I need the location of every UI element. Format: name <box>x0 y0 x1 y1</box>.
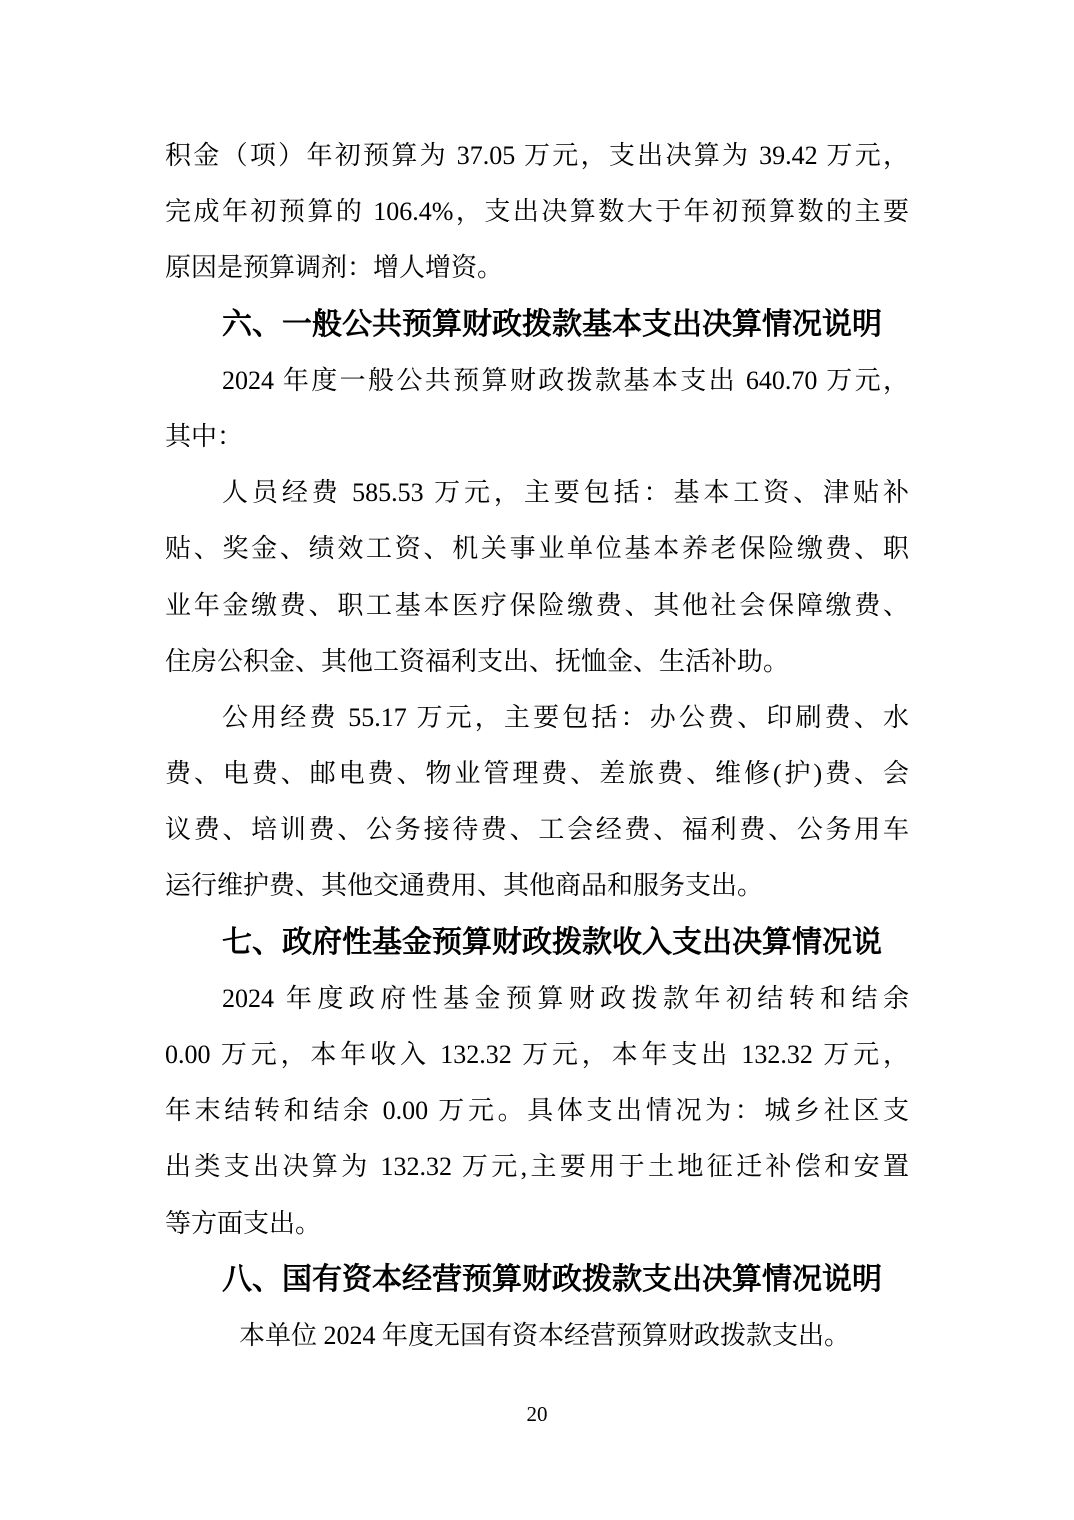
text-line: 原因是预算调剂：增人增资。 <box>165 240 909 296</box>
text-line: 公用经费 55.17 万元，主要包括：办公费、印刷费、水 <box>165 690 909 746</box>
page-number: 20 <box>0 1401 1074 1427</box>
document-page: 积金（项）年初预算为 37.05 万元，支出决算为 39.42 万元，完成年初预… <box>0 0 1074 1520</box>
text-line: 费、电费、邮电费、物业管理费、差旅费、维修(护)费、会 <box>165 746 909 802</box>
text-line: 七、政府性基金预算财政拨款收入支出决算情况说明 <box>165 915 909 971</box>
document-body: 积金（项）年初预算为 37.05 万元，支出决算为 39.42 万元，完成年初预… <box>165 128 909 1364</box>
text-line: 人员经费 585.53 万元，主要包括：基本工资、津贴补 <box>165 465 909 521</box>
paragraph: 2024 年度一般公共预算财政拨款基本支出 640.70 万元，其中： <box>165 353 909 465</box>
text-line: 积金（项）年初预算为 37.05 万元，支出决算为 39.42 万元， <box>165 128 909 184</box>
text-line: 年末结转和结余 0.00 万元。具体支出情况为：城乡社区支 <box>165 1083 909 1139</box>
section-heading: 六、一般公共预算财政拨款基本支出决算情况说明 <box>165 297 909 353</box>
text-line: 其中： <box>165 409 909 465</box>
paragraph: 2024 年度政府性基金预算财政拨款年初结转和结余0.00 万元，本年收入 13… <box>165 971 909 1252</box>
text-line: 等方面支出。 <box>165 1196 909 1252</box>
text-line: 0.00 万元，本年收入 132.32 万元，本年支出 132.32 万元， <box>165 1027 909 1083</box>
text-line: 2024 年度一般公共预算财政拨款基本支出 640.70 万元， <box>165 353 909 409</box>
paragraph: 公用经费 55.17 万元，主要包括：办公费、印刷费、水费、电费、邮电费、物业管… <box>165 690 909 915</box>
text-line: 八、国有资本经营预算财政拨款支出决算情况说明 <box>165 1252 909 1308</box>
text-line: 本单位 2024 年度无国有资本经营预算财政拨款支出。 <box>165 1308 909 1364</box>
text-line: 贴、奖金、绩效工资、机关事业单位基本养老保险缴费、职 <box>165 521 909 577</box>
text-line: 2024 年度政府性基金预算财政拨款年初结转和结余 <box>165 971 909 1027</box>
paragraph: 人员经费 585.53 万元，主要包括：基本工资、津贴补贴、奖金、绩效工资、机关… <box>165 465 909 690</box>
paragraph: 积金（项）年初预算为 37.05 万元，支出决算为 39.42 万元，完成年初预… <box>165 128 909 297</box>
text-line: 住房公积金、其他工资福利支出、抚恤金、生活补助。 <box>165 634 909 690</box>
section-heading: 八、国有资本经营预算财政拨款支出决算情况说明 <box>165 1252 909 1308</box>
paragraph: 本单位 2024 年度无国有资本经营预算财政拨款支出。 <box>165 1308 909 1364</box>
text-line: 出类支出决算为 132.32 万元,主要用于土地征迁补偿和安置 <box>165 1139 909 1195</box>
text-line: 业年金缴费、职工基本医疗保险缴费、其他社会保障缴费、 <box>165 578 909 634</box>
section-heading: 七、政府性基金预算财政拨款收入支出决算情况说明 <box>165 915 909 971</box>
text-line: 六、一般公共预算财政拨款基本支出决算情况说明 <box>165 297 909 353</box>
text-line: 议费、培训费、公务接待费、工会经费、福利费、公务用车 <box>165 802 909 858</box>
text-line: 完成年初预算的 106.4%，支出决算数大于年初预算数的主要 <box>165 184 909 240</box>
text-line: 运行维护费、其他交通费用、其他商品和服务支出。 <box>165 858 909 914</box>
